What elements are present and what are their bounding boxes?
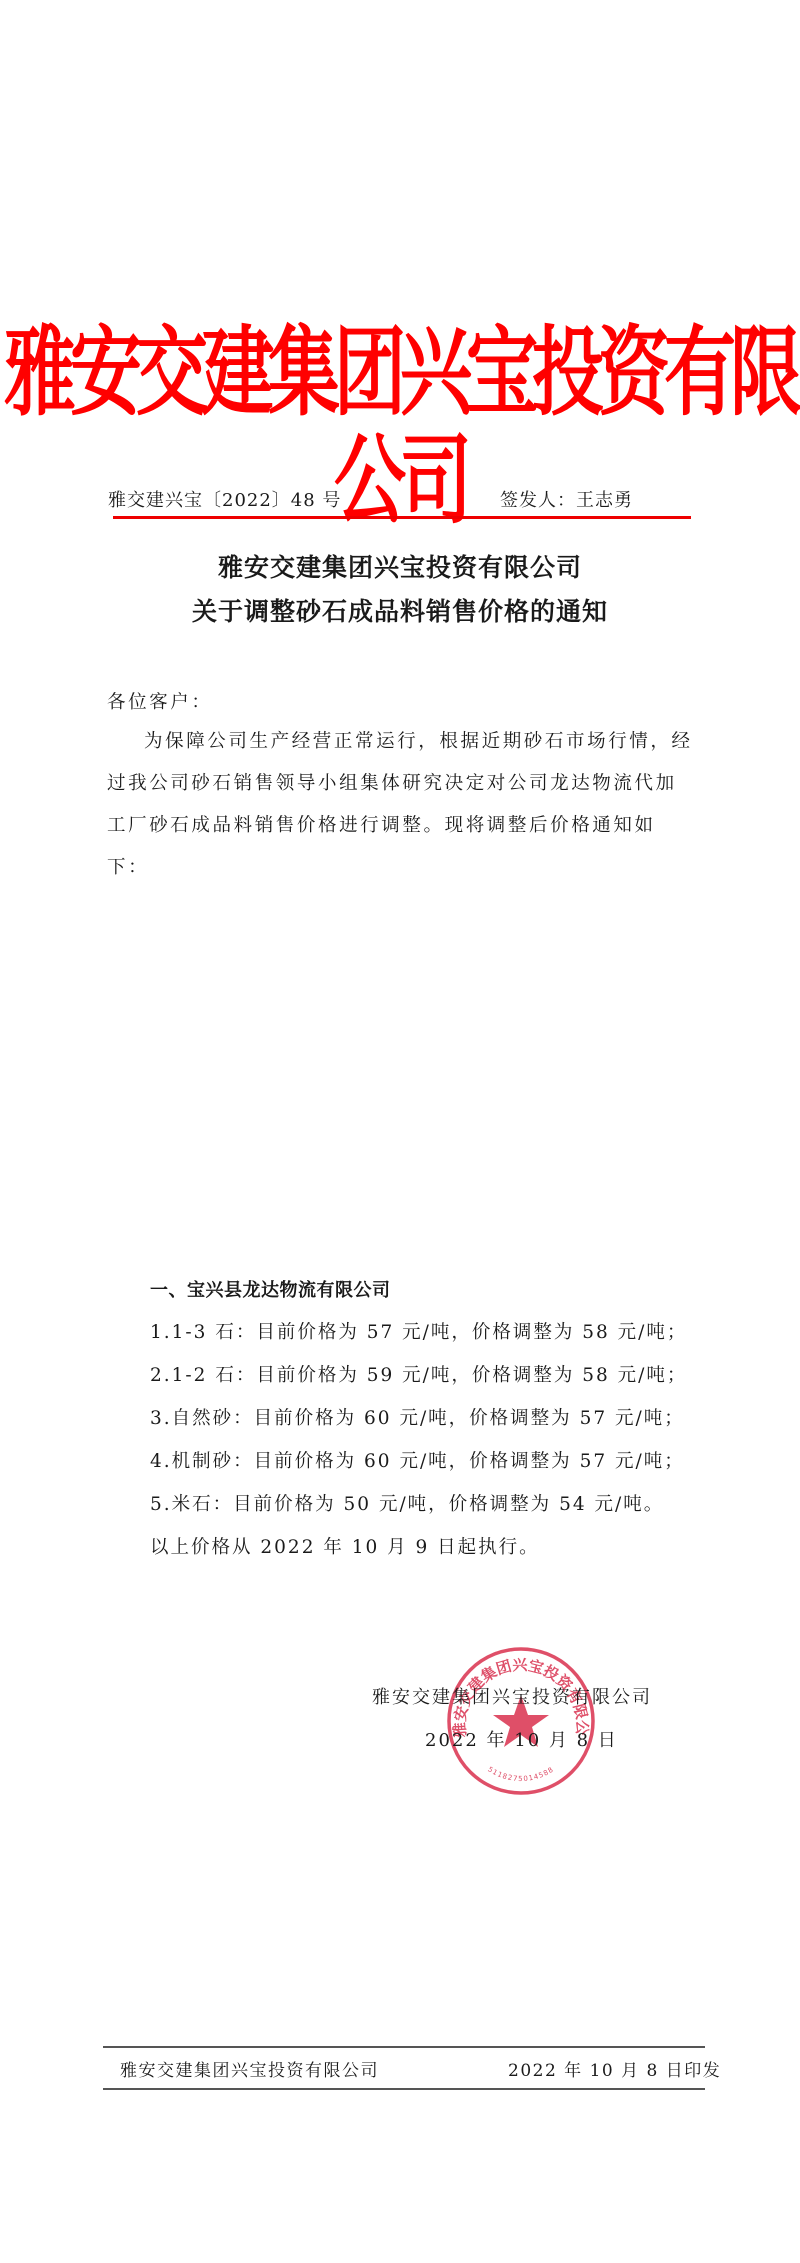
price-item: 1.1-3 石：目前价格为 57 元/吨，价格调整为 58 元/吨； xyxy=(150,1318,687,1344)
document-number: 雅交建兴宝〔2022〕48 号 xyxy=(108,486,341,512)
price-item: 3.自然砂：目前价格为 60 元/吨，价格调整为 57 元/吨； xyxy=(150,1404,685,1430)
price-item: 2.1-2 石：目前价格为 59 元/吨，价格调整为 58 元/吨； xyxy=(150,1361,687,1387)
company-seal-icon: 雅安交建集团兴宝投资有限公司 5118275014588 xyxy=(445,1645,597,1797)
svg-text:5118275014588: 5118275014588 xyxy=(486,1765,555,1783)
effective-date: 以上价格从 2022 年 10 月 9 日起执行。 xyxy=(150,1533,540,1559)
signer: 签发人：王志勇 xyxy=(500,486,633,512)
red-divider xyxy=(113,516,691,519)
signature-company: 雅安交建集团兴宝投资有限公司 xyxy=(372,1683,652,1709)
footer-top-rule xyxy=(103,2046,705,2048)
signature-date: 2022 年 10 月 8 日 xyxy=(425,1726,618,1752)
footer-issuer: 雅安交建集团兴宝投资有限公司 xyxy=(120,2056,379,2081)
notice-title-line1: 雅安交建集团兴宝投资有限公司 xyxy=(0,548,800,584)
price-item: 4.机制砂：目前价格为 60 元/吨，价格调整为 57 元/吨； xyxy=(150,1447,685,1473)
notice-title-line2: 关于调整砂石成品料销售价格的通知 xyxy=(0,592,800,628)
price-item: 5.米石：目前价格为 50 元/吨，价格调整为 54 元/吨。 xyxy=(150,1490,664,1516)
section-heading: 一、宝兴县龙达物流有限公司 xyxy=(150,1276,391,1302)
footer-bottom-rule xyxy=(103,2088,705,2090)
footer-issue-date: 2022 年 10 月 8 日印发 xyxy=(508,2056,721,2081)
body-paragraph: 为保障公司生产经营正常运行，根据近期砂石市场行情，经过我公司砂石销售领导小组集体… xyxy=(107,721,697,889)
salutation: 各位客户： xyxy=(107,682,213,724)
